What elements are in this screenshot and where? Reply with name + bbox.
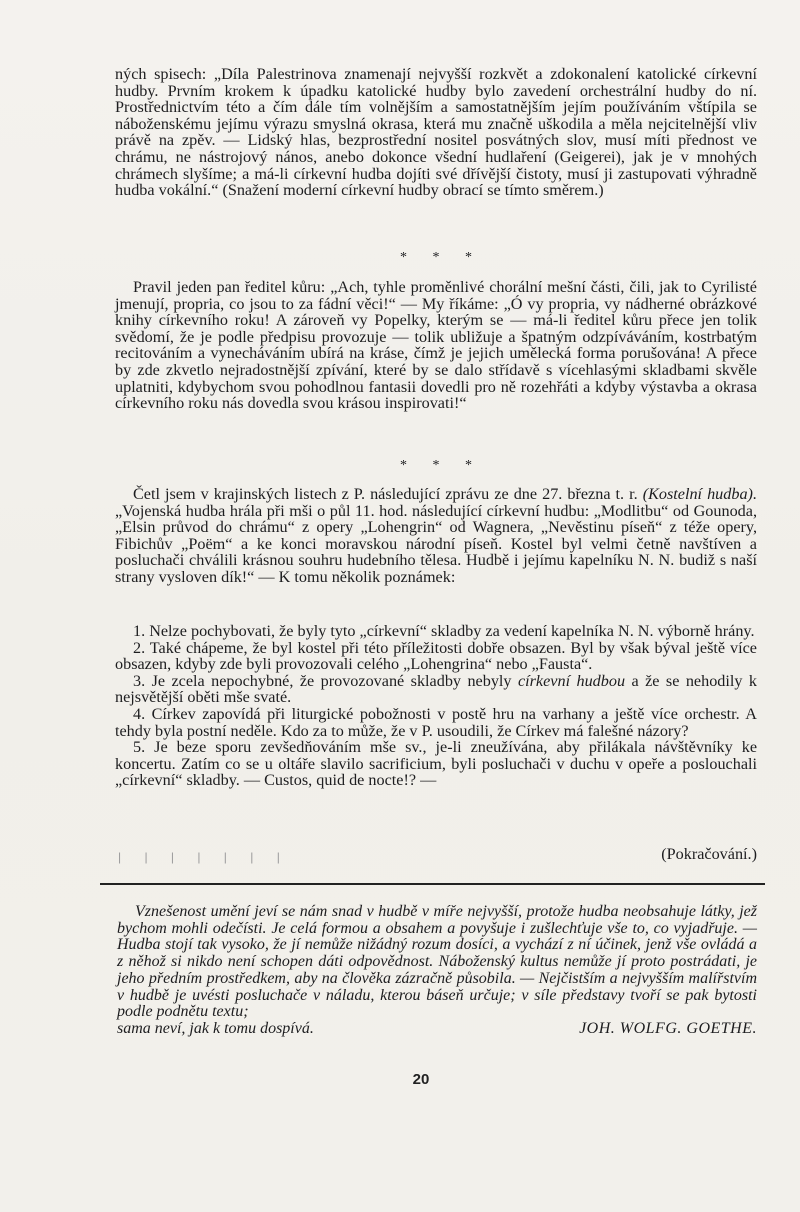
section-palestrina: ných spisech: „Díla Palestrinova znamena… bbox=[115, 66, 757, 199]
quote-author: JOH. WOLFG. GOETHE. bbox=[579, 1021, 757, 1038]
paragraph: Četl jsem v krajinských listech z P. nás… bbox=[115, 486, 757, 586]
page-number: 20 bbox=[0, 1071, 800, 1088]
section-newspaper-report: Četl jsem v krajinských listech z P. nás… bbox=[115, 486, 757, 586]
paragraph: Pravil jeden pan ředitel kůru: „Ach, tyh… bbox=[115, 279, 757, 412]
continued-label: (Pokračování.) bbox=[115, 846, 757, 863]
quote-last-line: sama neví, jak k tomu dospívá. JOH. WOLF… bbox=[117, 1021, 757, 1038]
remark-item: 3. Je zcela nepochybné, že provozované s… bbox=[115, 673, 757, 706]
remark-item: 2. Také chápeme, že byl kostel při této … bbox=[115, 640, 757, 673]
section-propria: Pravil jeden pan ředitel kůru: „Ach, tyh… bbox=[115, 279, 757, 412]
remark-item: 4. Církev zapovídá při liturgické pobožn… bbox=[115, 706, 757, 739]
section-separator: * * * bbox=[115, 250, 757, 266]
remark-item: 1. Nelze pochybovati, že byly tyto „círk… bbox=[115, 623, 757, 640]
document-page: ných spisech: „Díla Palestrinova znamena… bbox=[0, 0, 800, 1212]
remarks-list: 1. Nelze pochybovati, že byly tyto „círk… bbox=[115, 623, 757, 789]
quote-text: Vznešenost umění jeví se nám snad v hudb… bbox=[117, 904, 757, 1021]
paragraph: ných spisech: „Díla Palestrinova znamena… bbox=[115, 66, 757, 199]
goethe-quote: Vznešenost umění jeví se nám snad v hudb… bbox=[117, 904, 757, 1038]
remark-item: 5. Je beze sporu zevšedňováním mše sv., … bbox=[115, 739, 757, 789]
intro-text: Četl jsem v krajinských listech z P. nás… bbox=[133, 485, 643, 503]
intro-text-rest: „Vojenská hudba hrála při mši o půl 11. … bbox=[115, 502, 757, 586]
quote-ending: sama neví, jak k tomu dospívá. bbox=[117, 1021, 314, 1038]
remark-text: 3. Je zcela nepochybné, že provozované s… bbox=[133, 672, 518, 690]
horizontal-rule bbox=[100, 883, 765, 885]
intro-italic-title: (Kostelní hudba). bbox=[643, 485, 757, 503]
section-separator: * * * bbox=[115, 458, 757, 474]
remark-italic: církevní hudbou bbox=[518, 672, 625, 690]
